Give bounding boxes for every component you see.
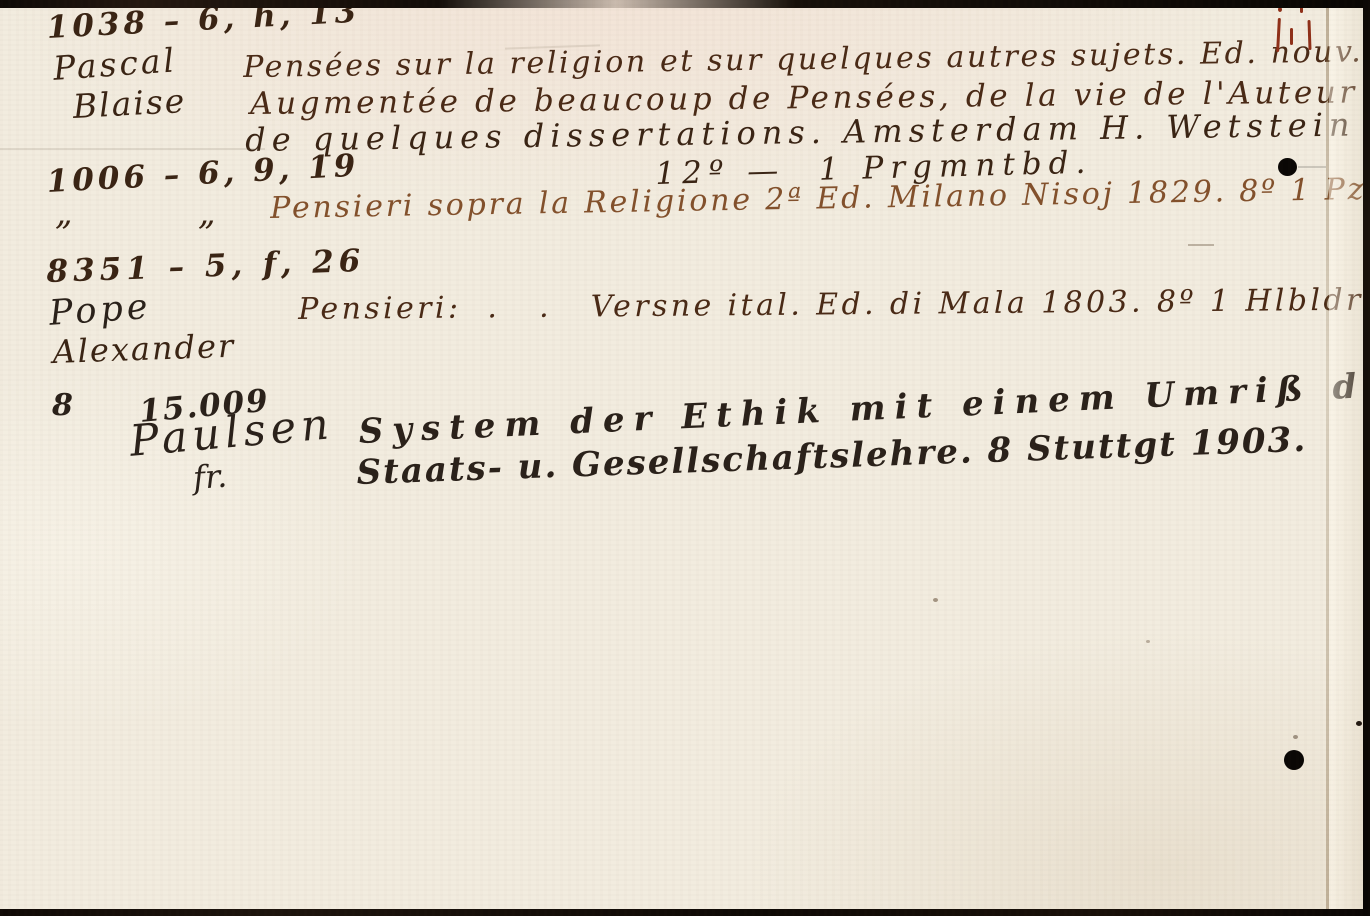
entry2-ditto-mark-1: „	[55, 196, 73, 232]
small-dash-mark	[1188, 244, 1214, 246]
ink-speck	[933, 598, 938, 602]
punch-hole-smudge	[1298, 166, 1326, 168]
page-fold-strip	[1329, 0, 1363, 916]
entry3-author-surname: Pope	[48, 289, 153, 333]
red-tally-mark	[1307, 20, 1311, 50]
entry1-author-forename: Blaise	[72, 84, 187, 125]
scan-edge-top	[0, 0, 1370, 8]
entry3-author-forename: Alexander	[52, 330, 236, 370]
entry2-ditto-mark-2: „	[198, 196, 216, 232]
entry3-shelfmark: 8351 – 5, f, 26	[46, 245, 366, 289]
scanned-catalog-page: 1038 – 6, h, 13 Pascal Blaise Pensées su…	[0, 0, 1370, 916]
scan-edge-right	[1363, 0, 1370, 916]
crease-line	[0, 148, 265, 150]
scan-edge-bottom	[0, 909, 1370, 916]
ink-speck	[1146, 640, 1150, 643]
entry2-title-line: Pensieri sopra la Religione 2ª Ed. Milan…	[270, 173, 1370, 225]
punch-hole-top	[1278, 158, 1297, 176]
entry4-margin-mark: 8	[52, 390, 73, 422]
entry1-author-surname: Pascal	[52, 43, 178, 86]
entry4-author-forename: fr.	[192, 460, 228, 496]
red-tally-mark	[1290, 28, 1293, 45]
entry3-title-line: Pensieri: . . Versne ital. Ed. di Mala 1…	[298, 285, 1370, 326]
page-fold-line	[1326, 0, 1329, 916]
ink-speck	[1356, 721, 1362, 726]
ink-speck	[1293, 735, 1298, 739]
punch-hole-bottom	[1284, 750, 1304, 770]
